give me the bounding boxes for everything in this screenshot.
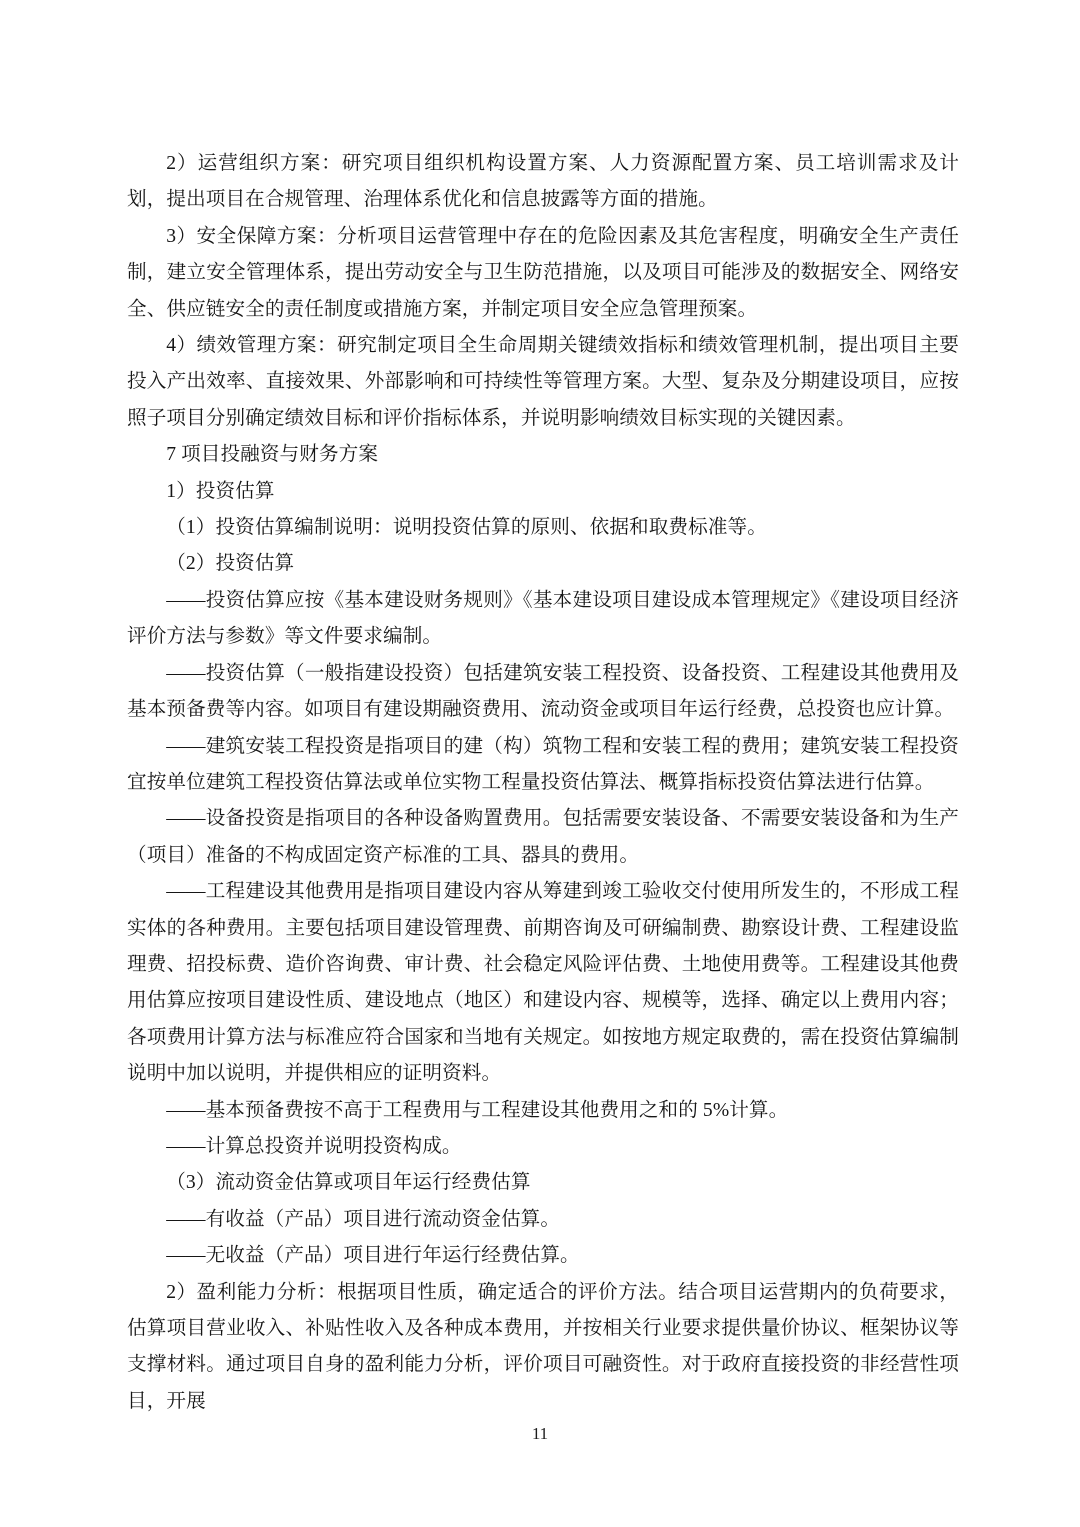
page-number: 11 bbox=[0, 1424, 1080, 1444]
page-text-body: 2）运营组织方案：研究项目组织机构设置方案、人力资源配置方案、员工培训需求及计划… bbox=[127, 146, 959, 1420]
sub-heading: 1）投资估算 bbox=[127, 474, 959, 510]
paragraph: （1）投资估算编制说明：说明投资估算的原则、依据和取费标准等。 bbox=[127, 510, 959, 546]
paragraph: 3）安全保障方案：分析项目运营管理中存在的危险因素及其危害程度，明确安全生产责任… bbox=[127, 219, 959, 328]
paragraph: ——基本预备费按不高于工程费用与工程建设其他费用之和的 5%计算。 bbox=[127, 1093, 959, 1129]
paragraph: ——投资估算应按《基本建设财务规则》《基本建设项目建设成本管理规定》《建设项目经… bbox=[127, 583, 959, 656]
paragraph: 2）盈利能力分析：根据项目性质，确定适合的评价方法。结合项目运营期内的负荷要求，… bbox=[127, 1275, 959, 1421]
paragraph: 2）运营组织方案：研究项目组织机构设置方案、人力资源配置方案、员工培训需求及计划… bbox=[127, 146, 959, 219]
section-heading: 7 项目投融资与财务方案 bbox=[127, 437, 959, 473]
paragraph: ——无收益（产品）项目进行年运行经费估算。 bbox=[127, 1238, 959, 1274]
paragraph: ——投资估算（一般指建设投资）包括建筑安装工程投资、设备投资、工程建设其他费用及… bbox=[127, 656, 959, 729]
paragraph: ——建筑安装工程投资是指项目的建（构）筑物工程和安装工程的费用；建筑安装工程投资… bbox=[127, 729, 959, 802]
document-page: 2）运营组织方案：研究项目组织机构设置方案、人力资源配置方案、员工培训需求及计划… bbox=[0, 0, 1080, 1527]
sub-heading: （3）流动资金估算或项目年运行经费估算 bbox=[127, 1165, 959, 1201]
paragraph: ——计算总投资并说明投资构成。 bbox=[127, 1129, 959, 1165]
paragraph: ——有收益（产品）项目进行流动资金估算。 bbox=[127, 1202, 959, 1238]
paragraph: 4）绩效管理方案：研究制定项目全生命周期关键绩效指标和绩效管理机制，提出项目主要… bbox=[127, 328, 959, 437]
sub-heading: （2）投资估算 bbox=[127, 546, 959, 582]
paragraph: ——工程建设其他费用是指项目建设内容从筹建到竣工验收交付使用所发生的，不形成工程… bbox=[127, 874, 959, 1092]
paragraph: ——设备投资是指项目的各种设备购置费用。包括需要安装设备、不需要安装设备和为生产… bbox=[127, 801, 959, 874]
